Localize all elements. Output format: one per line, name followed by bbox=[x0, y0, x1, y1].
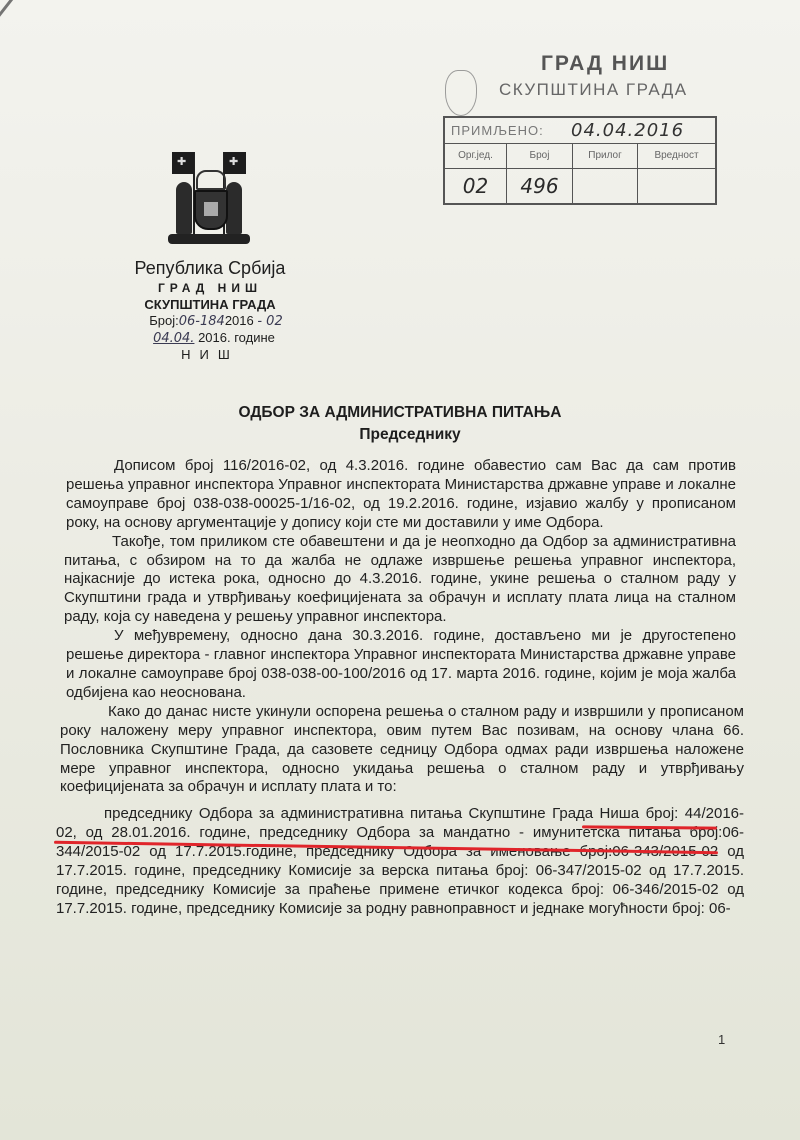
stamp-val-number: 496 bbox=[507, 169, 573, 203]
paragraph-2: Такође, том приликом сте обавештени и да… bbox=[64, 533, 736, 628]
stamp-val-value bbox=[638, 169, 715, 203]
page-number: 1 bbox=[718, 1032, 725, 1047]
letterhead-place: НИШ bbox=[110, 347, 310, 362]
handwritten-number: 06-184 bbox=[179, 314, 225, 329]
handwritten-date: 04.04. bbox=[153, 331, 194, 346]
paper-scratch-mark bbox=[0, 0, 16, 29]
received-date: 04.04.2016 bbox=[571, 120, 684, 141]
stamp-assembly: СКУПШТИНА ГРАДА bbox=[499, 80, 688, 100]
stamp-val-attachment bbox=[573, 169, 638, 203]
addressee: Председнику bbox=[0, 426, 800, 444]
letterhead-assembly: СКУПШТИНА ГРАДА bbox=[110, 297, 310, 312]
letterhead-date: 04.04. 2016. године bbox=[114, 330, 314, 346]
paragraph-3: У међувремену, односно дана 30.3.2016. г… bbox=[66, 627, 736, 703]
stamp-val-org-unit: 02 bbox=[445, 169, 507, 203]
coat-of-arms-icon bbox=[168, 152, 250, 244]
stamp-col-number: Број bbox=[507, 144, 573, 169]
letterhead-city: ГРАД НИШ bbox=[110, 281, 310, 295]
paragraph-1: Дописом број 116/2016-02, од 4.3.2016. г… bbox=[66, 457, 736, 533]
stamp-crest-icon bbox=[445, 70, 477, 116]
document-title: ОДБОР ЗА АДМИНИСТРАТИВНА ПИТАЊА bbox=[0, 404, 800, 422]
letterhead-republic: Република Србија bbox=[110, 258, 310, 279]
received-label: ПРИМЉЕНО: bbox=[445, 123, 571, 138]
stamp-city: ГРАД НИШ bbox=[541, 52, 669, 76]
paragraph-5: председнику Одбора за административна пи… bbox=[56, 805, 744, 918]
stamp-col-attachment: Прилог bbox=[573, 144, 638, 169]
received-stamp: ГРАД НИШ СКУПШТИНА ГРАДА ПРИМЉЕНО: 04.04… bbox=[443, 52, 718, 205]
letterhead-number: Број:06-1842016 - 02 bbox=[116, 313, 316, 329]
stamp-col-value: Вредност bbox=[638, 144, 715, 169]
stamp-col-org-unit: Орг.јед. bbox=[445, 144, 507, 169]
letterhead: Република Србија ГРАД НИШ СКУПШТИНА ГРАД… bbox=[110, 258, 310, 362]
paragraph-4: Како до данас нисте укинули оспорена реш… bbox=[60, 703, 744, 798]
stamp-table: ПРИМЉЕНО: 04.04.2016 Орг.јед. Број Прило… bbox=[443, 116, 717, 205]
